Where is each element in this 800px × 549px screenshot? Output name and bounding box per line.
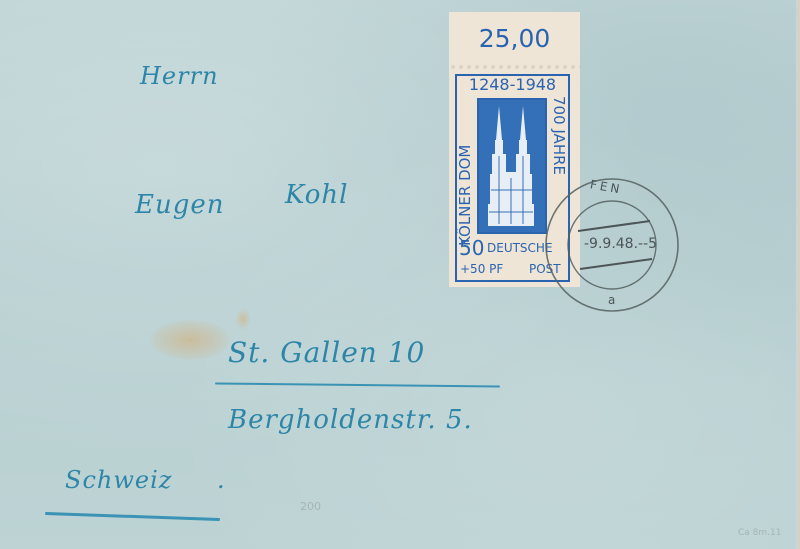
pencil-note: 200 — [300, 500, 321, 513]
stamp-denomination: 50 — [459, 236, 484, 260]
address-first-name: Eugen — [135, 190, 225, 220]
pencil-note: Ca 8m.11 — [738, 528, 781, 538]
stamp-left-inscription: KÖLNER DOM — [456, 145, 474, 246]
address-country: Schweiz . — [65, 466, 226, 494]
sheet-margin-value: 25,00 — [449, 12, 580, 64]
country-name: Schweiz — [65, 466, 172, 494]
perforation — [449, 64, 580, 70]
cologne-cathedral-icon — [479, 100, 545, 232]
stamp-years: 1248-1948 — [457, 75, 568, 94]
cathedral-panel — [477, 98, 547, 234]
country-underline — [45, 512, 220, 521]
postmark-date: -9.9.48.--5 — [584, 236, 657, 252]
address-salutation: Herrn — [140, 62, 219, 90]
stamp-right-inscription: 700 JAHRE — [550, 96, 568, 175]
envelope: Herrn Eugen Kohl St. Gallen 10 Bergholde… — [0, 0, 800, 549]
stamp-surcharge: +50 PF — [460, 262, 503, 276]
address-street: Bergholdenstr. 5. — [228, 405, 473, 435]
stain — [150, 320, 230, 360]
envelope-edge — [796, 0, 800, 549]
country-period: . — [217, 466, 226, 494]
city-underline — [215, 383, 500, 388]
stain — [235, 308, 251, 330]
postmark: FEN -9.9.48.--5 a — [540, 173, 685, 318]
postmark-code: a — [608, 293, 615, 307]
address-last-name: Kohl — [285, 180, 348, 210]
address-city: St. Gallen 10 — [228, 336, 425, 369]
